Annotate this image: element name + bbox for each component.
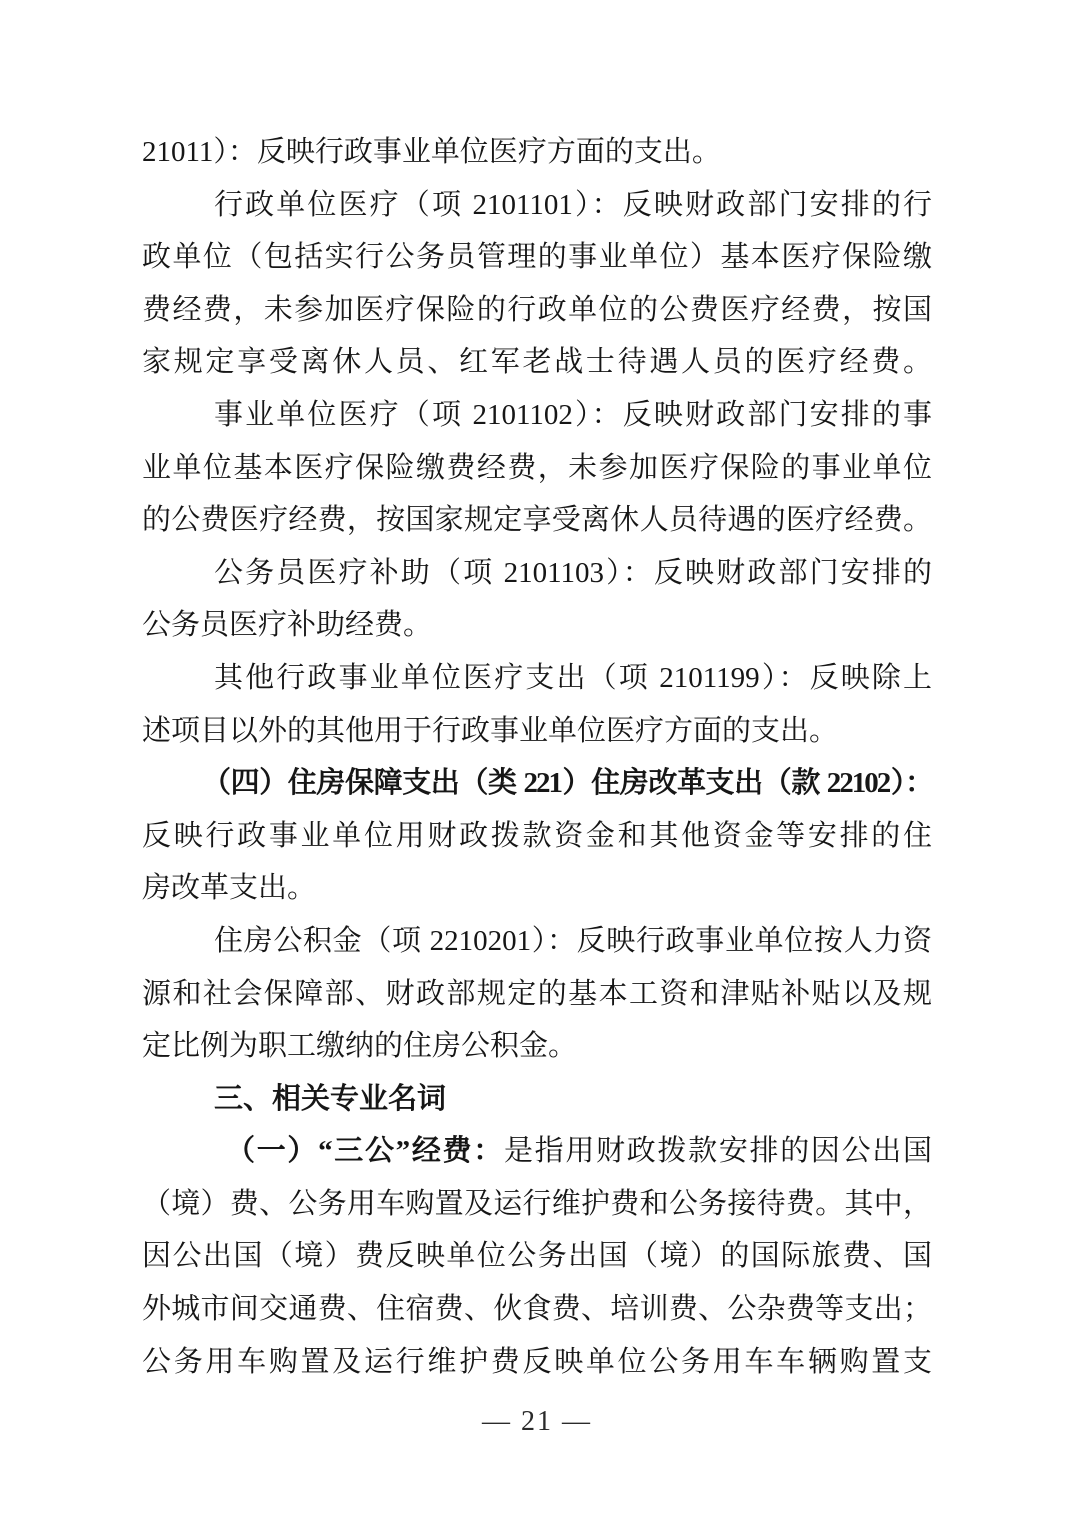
text-line: 的公费医疗经费，按国家规定享受离休人员待遇的医疗经费。 bbox=[142, 494, 932, 547]
text-line: 费经费，未参加医疗保险的行政单位的公费医疗经费，按国 bbox=[142, 284, 932, 337]
text-line: 公务员医疗补助（项 2101103）：反映财政部门安排的 bbox=[142, 547, 932, 600]
text-line: 21011）：反映行政事业单位医疗方面的支出。 bbox=[142, 126, 932, 179]
bold-text-segment: （一）“三公”经费： bbox=[226, 1135, 504, 1167]
text-segment: 公务员医疗补助经费。 bbox=[142, 609, 432, 641]
text-segment: 源和社会保障部、财政部规定的基本工资和津贴补贴以及规 bbox=[142, 978, 932, 1010]
page-number: — 21 — bbox=[0, 1402, 1074, 1442]
text-line: 外城市间交通费、住宿费、伙食费、培训费、公杂费等支出； bbox=[142, 1283, 932, 1336]
bold-text-segment: （四）住房保障支出（类 221）住房改革支出（款 22102）： bbox=[202, 767, 932, 799]
text-segment: 因公出国（境）费反映单位公务出国（境）的国际旅费、国 bbox=[142, 1240, 932, 1272]
text-segment: 其他行政事业单位医疗支出（项 2101199）：反映除上 bbox=[214, 662, 932, 694]
text-segment: （境）费、公务用车购置及运行维护费和公务接待费。其中， bbox=[142, 1188, 932, 1220]
text-segment: 反映行政事业单位用财政拨款资金和其他资金等安排的住 bbox=[142, 820, 932, 852]
text-line: 家规定享受离休人员、红军老战士待遇人员的医疗经费。 bbox=[142, 336, 932, 389]
document-page: 21011）：反映行政事业单位医疗方面的支出。行政单位医疗（项 2101101）… bbox=[0, 0, 1074, 1520]
text-line: 述项目以外的其他用于行政事业单位医疗方面的支出。 bbox=[142, 705, 932, 758]
text-line: （一）“三公”经费：是指用财政拨款安排的因公出国 bbox=[142, 1125, 932, 1178]
text-line: 三、相关专业名词 bbox=[142, 1073, 932, 1126]
text-line: （境）费、公务用车购置及运行维护费和公务接待费。其中， bbox=[142, 1178, 932, 1231]
document-body: 21011）：反映行政事业单位医疗方面的支出。行政单位医疗（项 2101101）… bbox=[142, 126, 932, 1388]
text-segment: 政单位（包括实行公务员管理的事业单位）基本医疗保险缴 bbox=[142, 241, 932, 273]
text-line: 公务员医疗补助经费。 bbox=[142, 599, 932, 652]
text-segment: 的公费医疗经费，按国家规定享受离休人员待遇的医疗经费。 bbox=[142, 504, 932, 536]
text-segment: 公务用车购置及运行维护费反映单位公务用车车辆购置支 bbox=[142, 1346, 932, 1378]
text-segment: 行政单位医疗（项 2101101）：反映财政部门安排的行 bbox=[214, 189, 932, 221]
text-line: 事业单位医疗（项 2101102）：反映财政部门安排的事 bbox=[142, 389, 932, 442]
text-segment: 房改革支出。 bbox=[142, 872, 316, 904]
text-segment: 定比例为职工缴纳的住房公积金。 bbox=[142, 1030, 577, 1062]
text-line: 其他行政事业单位医疗支出（项 2101199）：反映除上 bbox=[142, 652, 932, 705]
text-segment: 公务员医疗补助（项 2101103）：反映财政部门安排的 bbox=[214, 557, 932, 589]
text-segment: 21011）：反映行政事业单位医疗方面的支出。 bbox=[142, 136, 721, 168]
text-line: 业单位基本医疗保险缴费经费，未参加医疗保险的事业单位 bbox=[142, 442, 932, 495]
text-line: 反映行政事业单位用财政拨款资金和其他资金等安排的住 bbox=[142, 810, 932, 863]
text-segment: 外城市间交通费、住宿费、伙食费、培训费、公杂费等支出； bbox=[142, 1293, 932, 1325]
text-segment: 业单位基本医疗保险缴费经费，未参加医疗保险的事业单位 bbox=[142, 452, 932, 484]
text-line: 行政单位医疗（项 2101101）：反映财政部门安排的行 bbox=[142, 179, 932, 232]
text-line: （四）住房保障支出（类 221）住房改革支出（款 22102）： bbox=[142, 757, 932, 810]
text-line: 政单位（包括实行公务员管理的事业单位）基本医疗保险缴 bbox=[142, 231, 932, 284]
text-line: 公务用车购置及运行维护费反映单位公务用车车辆购置支 bbox=[142, 1336, 932, 1389]
text-line: 源和社会保障部、财政部规定的基本工资和津贴补贴以及规 bbox=[142, 968, 932, 1021]
text-segment: 述项目以外的其他用于行政事业单位医疗方面的支出。 bbox=[142, 715, 838, 747]
text-line: 定比例为职工缴纳的住房公积金。 bbox=[142, 1020, 932, 1073]
text-segment: 是指用财政拨款安排的因公出国 bbox=[504, 1135, 932, 1167]
text-segment: 家规定享受离休人员、红军老战士待遇人员的医疗经费。 bbox=[142, 346, 932, 378]
text-segment: 费经费，未参加医疗保险的行政单位的公费医疗经费，按国 bbox=[142, 294, 932, 326]
bold-text-segment: 三、相关专业名词 bbox=[214, 1083, 446, 1115]
text-segment: 住房公积金（项 2210201）：反映行政事业单位按人力资 bbox=[214, 925, 932, 957]
text-line: 房改革支出。 bbox=[142, 862, 932, 915]
text-line: 住房公积金（项 2210201）：反映行政事业单位按人力资 bbox=[142, 915, 932, 968]
text-line: 因公出国（境）费反映单位公务出国（境）的国际旅费、国 bbox=[142, 1230, 932, 1283]
text-segment: 事业单位医疗（项 2101102）：反映财政部门安排的事 bbox=[214, 399, 932, 431]
